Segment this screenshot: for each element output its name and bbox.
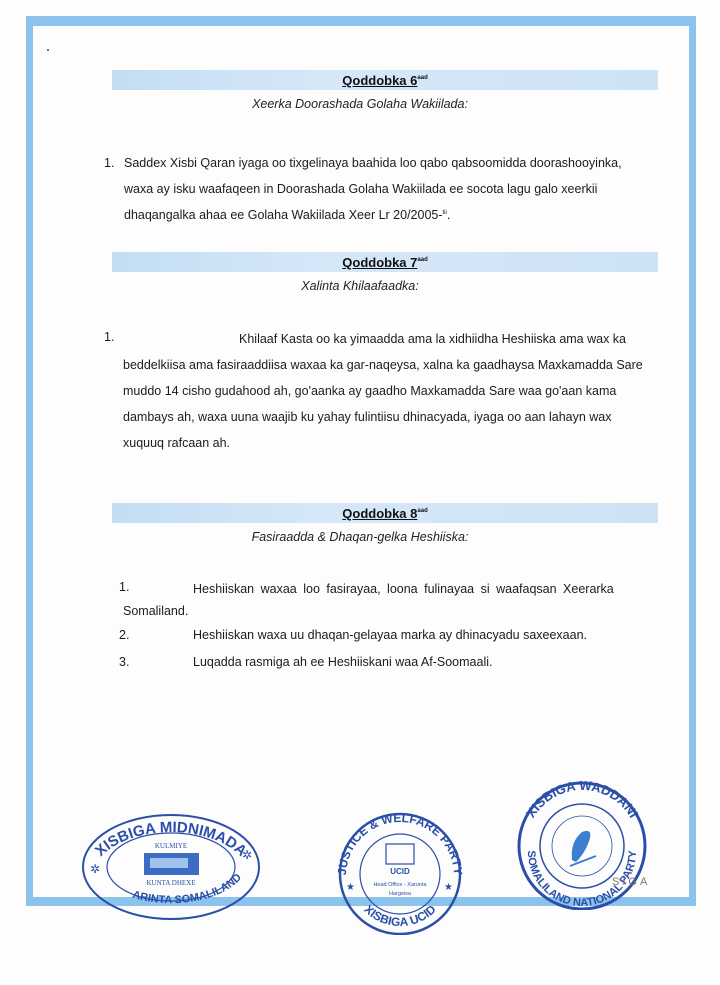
page-border-frame — [26, 16, 696, 906]
section-7-header-bar: Qoddobka 7aad — [112, 252, 658, 272]
section-8-item-2-line-1: Heshiiskan waxa uu dhaqan-gelayaa marka … — [193, 628, 587, 642]
section-8-item-1-line-1: Heshiiskan waxaa loo fasirayaa, loona fu… — [193, 582, 614, 596]
section-7-item-1-line-4: dambays ah, waxa uuna waajib ku yahay fu… — [123, 410, 612, 424]
svg-text:✲: ✲ — [90, 862, 100, 876]
speck — [47, 49, 49, 51]
section-8-subtitle: Fasiraadda & Dhaqan-gelka Heshiiska: — [0, 530, 720, 544]
section-7-item-1-line-3: muddo 14 cisho gudahood ah, go'aanka ay … — [123, 384, 616, 398]
section-6-item-1-number: 1. — [104, 156, 114, 170]
stamp-justice-welfare-party: JUSTICE & WELFARE PARTY XISBIGA UCID UCI… — [330, 810, 470, 935]
section-8-item-2-number: 2. — [119, 628, 129, 642]
svg-text:Hargeisa: Hargeisa — [389, 891, 412, 897]
section-7-title: Qoddobka 7aad — [112, 255, 658, 270]
svg-text:JUSTICE & WELFARE PARTY: JUSTICE & WELFARE PARTY — [335, 811, 465, 876]
section-6-item-1-line-3: dhaqangalka ahaa ee Golaha Wakiilada Xee… — [124, 208, 450, 222]
section-6-title: Qoddobka 6aad — [112, 73, 658, 88]
svg-text:★: ★ — [444, 882, 453, 893]
section-7-item-1-line-2: beddelkiisa ama fasiraaddiisa waxaa ka g… — [123, 358, 643, 372]
svg-text:KULMIYE: KULMIYE — [155, 842, 187, 850]
svg-text:ARINTA SOMALILAND: ARINTA SOMALILAND — [131, 871, 244, 906]
section-8-item-1-number: 1. — [119, 580, 129, 594]
section-6-subtitle: Xeerka Doorashada Golaha Wakiilada: — [0, 97, 720, 111]
svg-text:XISBIGA UCID: XISBIGA UCID — [361, 902, 438, 929]
section-7-item-1-line-1: Khilaaf Kasta oo ka yimaadda ama la xidh… — [239, 332, 626, 346]
document-page: Qoddobka 6aad Xeerka Doorashada Golaha W… — [0, 0, 720, 985]
watermark-text: SIGA — [612, 876, 650, 888]
section-7-item-1-line-5: xuquuq rafcaan ah. — [123, 436, 230, 450]
section-8-item-1-line-2: Somaliland. — [123, 604, 188, 618]
svg-text:KUNTA DHEXE: KUNTA DHEXE — [146, 879, 195, 887]
section-6-item-1-line-2: waxa ay isku waafaqeen in Doorashada Gol… — [124, 182, 597, 196]
section-7-subtitle: Xalinta Khilaafaadka: — [0, 279, 720, 293]
section-6-header-bar: Qoddobka 6aad — [112, 70, 658, 90]
svg-text:✲: ✲ — [242, 848, 252, 862]
section-8-item-3-line-1: Luqadda rasmiga ah ee Heshiiskani waa Af… — [193, 655, 492, 669]
svg-text:★: ★ — [346, 882, 355, 893]
section-8-header-bar: Qoddobka 8aad — [112, 503, 658, 523]
section-8-title: Qoddobka 8aad — [112, 506, 658, 521]
stamp-xisbiga-midnimada: XISBIGA MIDNIMADA ARINTA SOMALILAND KULM… — [76, 805, 266, 920]
svg-text:XISBIGA WADDANI: XISBIGA WADDANI — [523, 780, 641, 820]
section-7-item-1-number: 1. — [104, 330, 114, 344]
section-6-item-1-line-1: Saddex Xisbi Qaran iyaga oo tixgelinaya … — [124, 156, 622, 170]
stamp-xisbiga-waddani: XISBIGA WADDANI SOMALILAND NATIONAL PART… — [512, 780, 652, 910]
section-8-item-3-number: 3. — [119, 655, 129, 669]
svg-text:UCID: UCID — [390, 867, 410, 876]
svg-text:Head Office - Xarunta: Head Office - Xarunta — [373, 882, 427, 888]
